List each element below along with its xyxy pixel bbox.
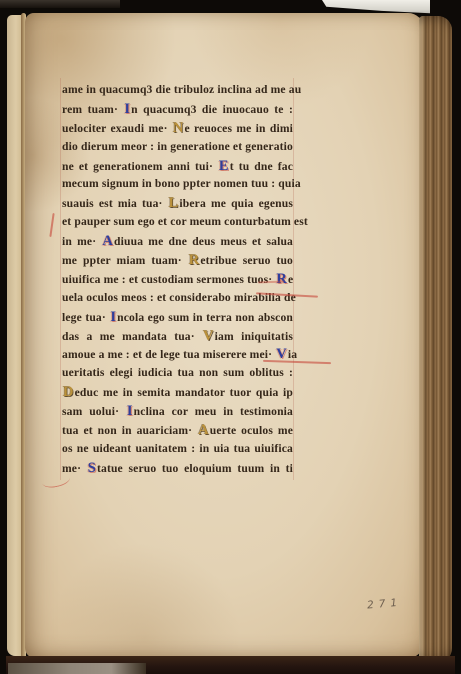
illuminated-initial-blue: E (218, 158, 230, 174)
illuminated-initial-blue: I (109, 309, 117, 325)
manuscript-line: dio dierum meor : in generatione et gene… (62, 138, 293, 157)
manuscript-line: mecum signum in bono ppter nomen tuu : q… (62, 175, 293, 194)
paper-slip (322, 0, 430, 14)
illuminated-initial-gold: A (197, 422, 210, 438)
line-text: e reuoces me in dimi (184, 122, 293, 135)
illuminated-initial-blue: A (101, 233, 114, 249)
manuscript-line: rem tuam· In quacumq3 die inuocauo te : (62, 100, 293, 119)
manuscript-line: os ne uideant uanitatem : in uia tua uiu… (62, 440, 293, 459)
line-text: tua et non in auariciam· (62, 424, 197, 437)
table-surface (8, 663, 146, 674)
illuminated-initial-gold: V (202, 328, 215, 344)
background-top-strip (0, 0, 120, 8)
manuscript-line: uelociter exaudi me· Ne reuoces me in di… (62, 119, 293, 138)
illuminated-initial-gold: N (172, 120, 185, 136)
line-text: ia (288, 348, 297, 361)
manuscript-line: suauis est mia tua· Libera me quia egenu… (62, 194, 293, 213)
line-text: os ne uideant uanitatem : in uia tua uiu… (62, 442, 293, 455)
line-text: dio dierum meor : in generatione et gene… (62, 140, 293, 153)
line-text: tatue seruo tuo eloquium tuum in ti (97, 462, 293, 475)
line-text: sam uolui· (62, 405, 126, 418)
text-block: ame in quacumq3 die tribuloz inclina ad … (62, 81, 293, 478)
illuminated-initial-blue: I (123, 101, 131, 117)
line-text: amoue a me : et de lege tua miserere mei… (62, 348, 275, 361)
line-text: lege tua· (62, 311, 109, 324)
ruling-line-left (60, 78, 61, 480)
illuminated-initial-blue: I (126, 403, 134, 419)
illuminated-initial-blue: S (87, 460, 97, 476)
line-text: me· (62, 462, 87, 475)
manuscript-line: in me· Adiuua me dne deus meus et salua (62, 232, 293, 251)
line-text: me ppter miam tuam· (62, 254, 188, 267)
manuscript-line: uiuifica me : et custodiam sermones tuos… (62, 270, 293, 289)
fore-edge-page-stack (419, 16, 452, 664)
illuminated-initial-gold: L (168, 195, 180, 211)
manuscript-line: me ppter miam tuam· Retribue seruo tuo (62, 251, 293, 270)
line-text: ueritatis elegi iudicia tua non sum obli… (62, 366, 293, 379)
line-text: etribue seruo tuo (200, 254, 293, 267)
manuscript-line: amoue a me : et de lege tua miserere mei… (62, 345, 293, 364)
line-text: ncola ego sum in terra non abscon (117, 311, 293, 324)
manuscript-line: lege tua· Incola ego sum in terra non ab… (62, 308, 293, 327)
line-text: in me· (62, 235, 101, 248)
line-text: das a me mandata tua· (62, 330, 202, 343)
line-text: et pauper sum ego et cor meum conturbatu… (62, 215, 308, 228)
manuscript-line: das a me mandata tua· Viam iniquitatis (62, 327, 293, 346)
manuscript-line: ame in quacumq3 die tribuloz inclina ad … (62, 81, 293, 100)
book-photo: ame in quacumq3 die tribuloz inclina ad … (0, 0, 461, 674)
line-text: uiuifica me : et custodiam sermones tuos… (62, 273, 275, 286)
line-text: uerte oculos me (210, 424, 293, 437)
illuminated-initial-gold: D (62, 384, 75, 400)
manuscript-line: et pauper sum ego et cor meum conturbatu… (62, 213, 293, 232)
illuminated-initial-gold: R (188, 252, 201, 268)
line-text: e (288, 273, 293, 286)
manuscript-line: ueritatis elegi iudicia tua non sum obli… (62, 364, 293, 383)
manuscript-line: tua et non in auariciam· Auerte oculos m… (62, 421, 293, 440)
line-text: suauis est mia tua· (62, 197, 168, 210)
line-text: uelociter exaudi me· (62, 122, 172, 135)
line-text: ame in quacumq3 die tribuloz inclina ad … (62, 83, 301, 96)
manuscript-line: ne et generationem anni tui· Et tu dne f… (62, 157, 293, 176)
line-text: nclina cor meu in testimonia (134, 405, 293, 418)
line-text: ibera me quia egenus (179, 197, 293, 210)
line-text: ne et generationem anni tui· (62, 160, 218, 173)
manuscript-line: me· Statue seruo tuo eloquium tuum in ti (62, 459, 293, 478)
line-text: iam iniquitatis (215, 330, 293, 343)
line-text: n quacumq3 die inuocauo te : (131, 103, 293, 116)
manuscript-line: Deduc me in semita mandator tuor quia ip (62, 383, 293, 402)
line-text: mecum signum in bono ppter nomen tuu : q… (62, 177, 301, 190)
illuminated-initial-blue: R (275, 271, 288, 287)
line-text: diuua me dne deus meus et salua (114, 235, 293, 248)
line-text: rem tuam· (62, 103, 123, 116)
line-text: t tu dne fac (230, 160, 293, 173)
manuscript-line: sam uolui· Inclina cor meu in testimonia (62, 402, 293, 421)
line-text: educ me in semita mandator tuor quia ip (75, 386, 293, 399)
